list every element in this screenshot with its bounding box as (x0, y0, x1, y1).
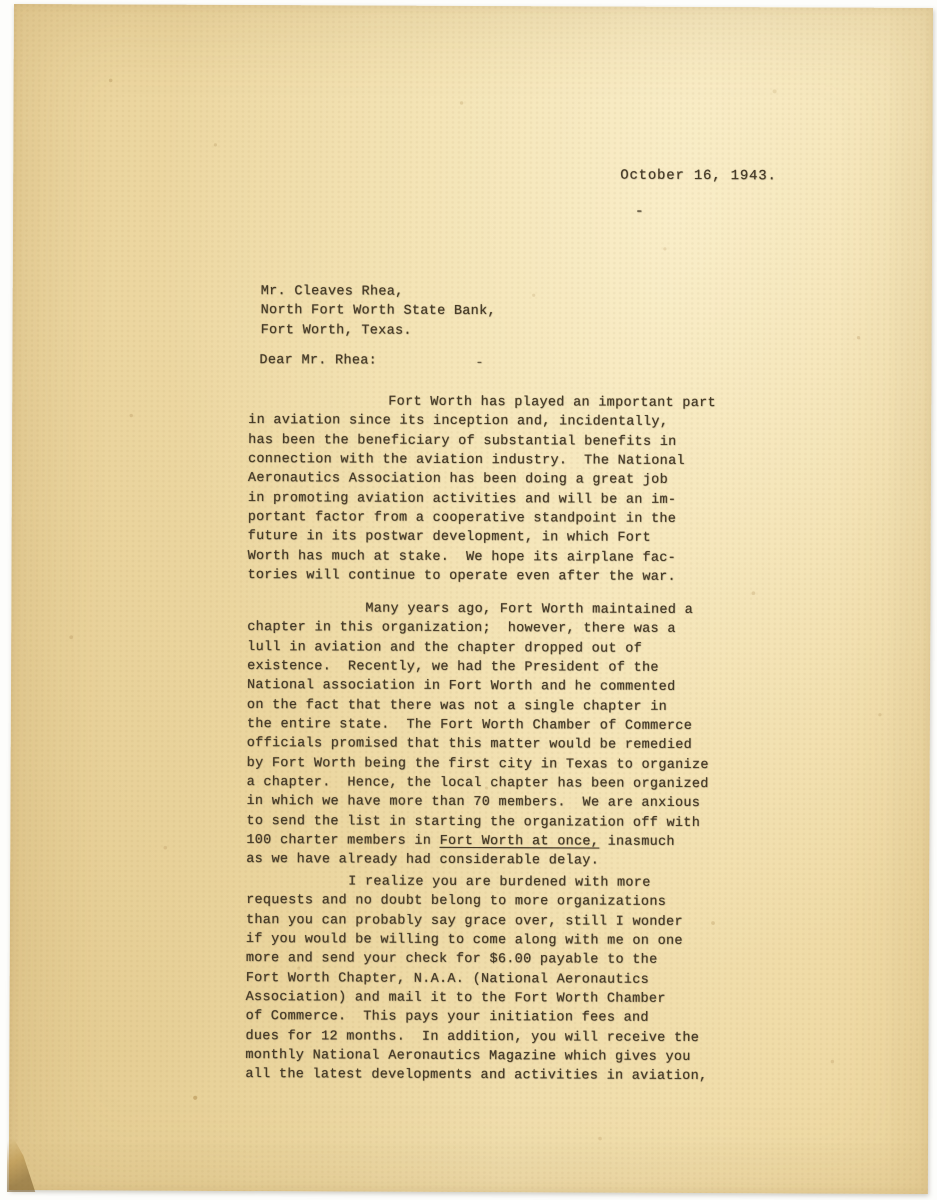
body-line: Aeronautics Association has been doing a… (248, 469, 728, 490)
body-line: than you can probably say grace over, st… (246, 911, 726, 932)
recipient-company: North Fort Worth State Bank, (261, 301, 496, 321)
body-line: officials promised that this matter woul… (247, 734, 727, 755)
body-line: I realize you are burdened with more (246, 872, 726, 893)
body-line: requests and no doubt belong to more org… (246, 891, 726, 912)
body-line: all the latest developments and activiti… (245, 1065, 725, 1086)
paragraph-2: Many years ago, Fort Worth maintained a … (246, 599, 727, 872)
body-line: on the fact that there was not a single … (247, 696, 727, 717)
body-line: Association) and mail it to the Fort Wor… (246, 988, 726, 1009)
recipient-name: Mr. Cleaves Rhea, (261, 282, 496, 302)
body-line: Many years ago, Fort Worth maintained a (247, 599, 727, 620)
body-line: existence. Recently, we had the Presiden… (247, 657, 727, 678)
salutation: Dear Mr. Rhea: (259, 351, 377, 371)
paragraph-3: I realize you are burdened with more req… (245, 872, 726, 1087)
body-line: chapter in this organization; however, t… (247, 618, 727, 639)
body-line: Fort Worth has played an important part (248, 392, 728, 413)
body-line: to send the list in starting the organiz… (246, 812, 726, 833)
body-line: in aviation since its inception and, inc… (248, 411, 728, 432)
underline-pre-text: 100 charter members in (246, 833, 439, 849)
body-line: tories will continue to operate even aft… (247, 566, 727, 587)
body-line: in which we have more than 70 members. W… (246, 792, 726, 813)
letter-page: October 16, 1943. - Mr. Cleaves Rhea, No… (9, 4, 933, 1194)
body-line: more and send your check for $6.00 payab… (246, 949, 726, 970)
date-dash-mark: - (635, 205, 643, 219)
recipient-city: Fort Worth, Texas. (261, 321, 496, 341)
body-line: a chapter. Hence, the local chapter has … (247, 773, 727, 794)
body-line: in promoting aviation activities and wil… (248, 489, 728, 510)
underline-post-text: inasmuch (599, 835, 675, 850)
stray-dash-mark: - (475, 354, 483, 373)
body-line: Worth has much at stake. We hope its air… (248, 547, 728, 568)
date-line: October 16, 1943. (620, 167, 777, 187)
body-line: as we have already had considerable dela… (246, 850, 726, 871)
paper-speckles (14, 4, 16, 6)
body-line: lull in aviation and the chapter dropped… (247, 638, 727, 659)
recipient-address: Mr. Cleaves Rhea, North Fort Worth State… (261, 282, 497, 341)
body-line: of Commerce. This pays your initiation f… (246, 1007, 726, 1028)
body-line: portant factor from a cooperative standp… (248, 508, 728, 529)
body-line: connection with the aviation industry. T… (248, 450, 728, 471)
body-line: Fort Worth Chapter, N.A.A. (National Aer… (246, 969, 726, 990)
body-line: future in its postwar development, in wh… (248, 527, 728, 548)
paragraph-1: Fort Worth has played an important part … (247, 392, 728, 588)
body-line: if you would be willing to come along wi… (246, 930, 726, 951)
body-line: National association in Fort Worth and h… (247, 676, 727, 697)
body-line: monthly National Aeronautics Magazine wh… (245, 1046, 725, 1067)
torn-corner-bottom-left (7, 1112, 37, 1192)
body-line-with-underline: 100 charter members in Fort Worth at onc… (246, 831, 726, 852)
underlined-phrase: Fort Worth at once, (440, 834, 600, 850)
body-line: dues for 12 months. In addition, you wil… (245, 1027, 725, 1048)
body-line: by Fort Worth being the first city in Te… (247, 754, 727, 775)
body-line: the entire state. The Fort Worth Chamber… (247, 715, 727, 736)
body-line: has been the beneficiary of substantial … (248, 431, 728, 452)
